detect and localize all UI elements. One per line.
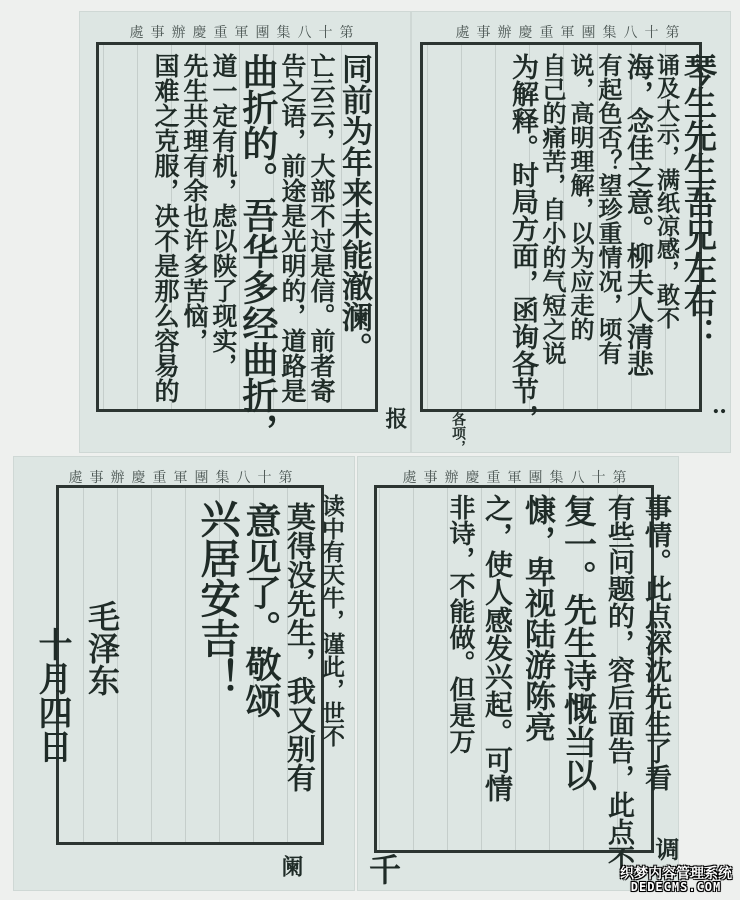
handwritten-column: 琴生先生吾兄左右： xyxy=(682,53,715,409)
letter-page-3: 第十八集團軍重慶辦事處 事情。此点深沈先生了看 有些问题的，容后面告，此点不 复… xyxy=(358,457,678,890)
handwritten-overflow: 报 xyxy=(380,407,411,429)
handwritten-columns: 琴生先生吾兄左右： 诵及大示，满纸凉感，敢不 海，念佳之意。柳夫人清悲 有起色否… xyxy=(423,45,715,409)
site-watermark: 织梦内容管理系统 DEDECMS.COM xyxy=(620,867,732,894)
handwritten-column: 海，念佳之意。柳夫人清悲 xyxy=(624,53,651,409)
handwritten-column: 先生共理有余也许多苦恼， xyxy=(182,53,207,409)
handwritten-column: 复一。先生诗慨当以 xyxy=(562,494,595,850)
handwritten-column: 莫得没先生，我又别有 xyxy=(285,494,314,842)
handwritten-column: 曲折的。吾华多经曲折， xyxy=(240,53,276,409)
handwritten-column: 为解释。时局方面，函询各节， xyxy=(509,53,536,409)
handwritten-column: 道一定有机，虑以陕了现实， xyxy=(211,53,236,409)
handwritten-column: 亡云云，大部不过是信。前者寄 xyxy=(309,53,334,409)
handwritten-overflow: 阑 xyxy=(276,855,307,877)
handwritten-overflow: 调 xyxy=(648,837,683,861)
handwritten-column: 同前为年来未能澈澜。 xyxy=(338,53,369,409)
letter-page-2: 第十八集團軍重慶辦事處 同前为年来未能澈澜。 亡云云，大部不过是信。前者寄 告之… xyxy=(80,12,410,452)
letter-date: 十月四日 xyxy=(28,627,77,763)
handwritten-column: 慷，卑视陆游陈亮 xyxy=(521,494,552,850)
letterhead: 第十八集團軍重慶辦事處 xyxy=(412,22,730,42)
letterhead: 第十八集團軍重慶辦事處 xyxy=(14,467,354,487)
handwritten-column: 兴居安吉！ xyxy=(197,494,237,842)
handwritten-overflow: 各项， xyxy=(448,412,468,454)
letter-frame: 琴生先生吾兄左右： 诵及大示，满纸凉感，敢不 海，念佳之意。柳夫人清悲 有起色否… xyxy=(420,42,702,412)
handwritten-column: 自己的痛苦，自小的气短之说 xyxy=(540,53,564,409)
handwritten-overflow: 千 xyxy=(360,853,406,885)
handwritten-column: 之，使人感发兴起。可情 xyxy=(483,494,511,850)
letter-page-1: 第十八集團軍重慶辦事處 琴生先生吾兄左右： 诵及大示，满纸凉感，敢不 海，念佳之… xyxy=(412,12,730,452)
handwritten-column: 事情。此点深沈先生了看 xyxy=(642,494,669,850)
handwritten-column: 意见了。敬颂 xyxy=(243,494,279,842)
handwritten-overflow: : xyxy=(708,407,734,415)
handwritten-column: 有些问题的，容后面告，此点不 xyxy=(605,494,632,850)
handwritten-column: 诵及大示，满纸凉感，敢不 xyxy=(655,53,678,409)
letter-page-4: 第十八集團軍重慶辦事處 读中有天牛，谨此，世不 莫得没先生，我又别有 意见了。敬… xyxy=(14,457,354,890)
letter-frame: 同前为年来未能澈澜。 亡云云，大部不过是信。前者寄 告之语，前途是光明的，道路是… xyxy=(96,42,378,412)
signature: 毛泽东 xyxy=(79,600,125,696)
handwritten-columns: 事情。此点深沈先生了看 有些问题的，容后面告，此点不 复一。先生诗慨当以 慷，卑… xyxy=(377,488,669,850)
watermark-en: DEDECMS.COM xyxy=(620,881,732,894)
handwritten-column: 非诗，不能做。但是万 xyxy=(447,494,473,850)
handwritten-columns: 同前为年来未能澈澜。 亡云云，大部不过是信。前者寄 告之语，前途是光明的，道路是… xyxy=(99,45,375,409)
letterhead: 第十八集團軍重慶辦事處 xyxy=(358,467,678,487)
letter-frame: 事情。此点深沈先生了看 有些问题的，容后面告，此点不 复一。先生诗慨当以 慷，卑… xyxy=(374,485,654,853)
letter-frame: 读中有天牛，谨此，世不 莫得没先生，我又别有 意见了。敬颂 兴居安吉！ 毛泽东 xyxy=(56,485,324,845)
letterhead: 第十八集團軍重慶辦事處 xyxy=(80,22,410,42)
handwritten-column: 有起色否？望珍重情况，顷有 xyxy=(596,53,620,409)
handwritten-column: 说，高明理解，以为应走的 xyxy=(568,53,592,409)
handwritten-column: 读中有天牛，谨此，世不 xyxy=(320,494,343,842)
handwritten-column: 告之语，前途是光明的，道路是 xyxy=(280,53,305,409)
handwritten-column: 国难之克服，决不是那么容易的 xyxy=(153,53,178,409)
